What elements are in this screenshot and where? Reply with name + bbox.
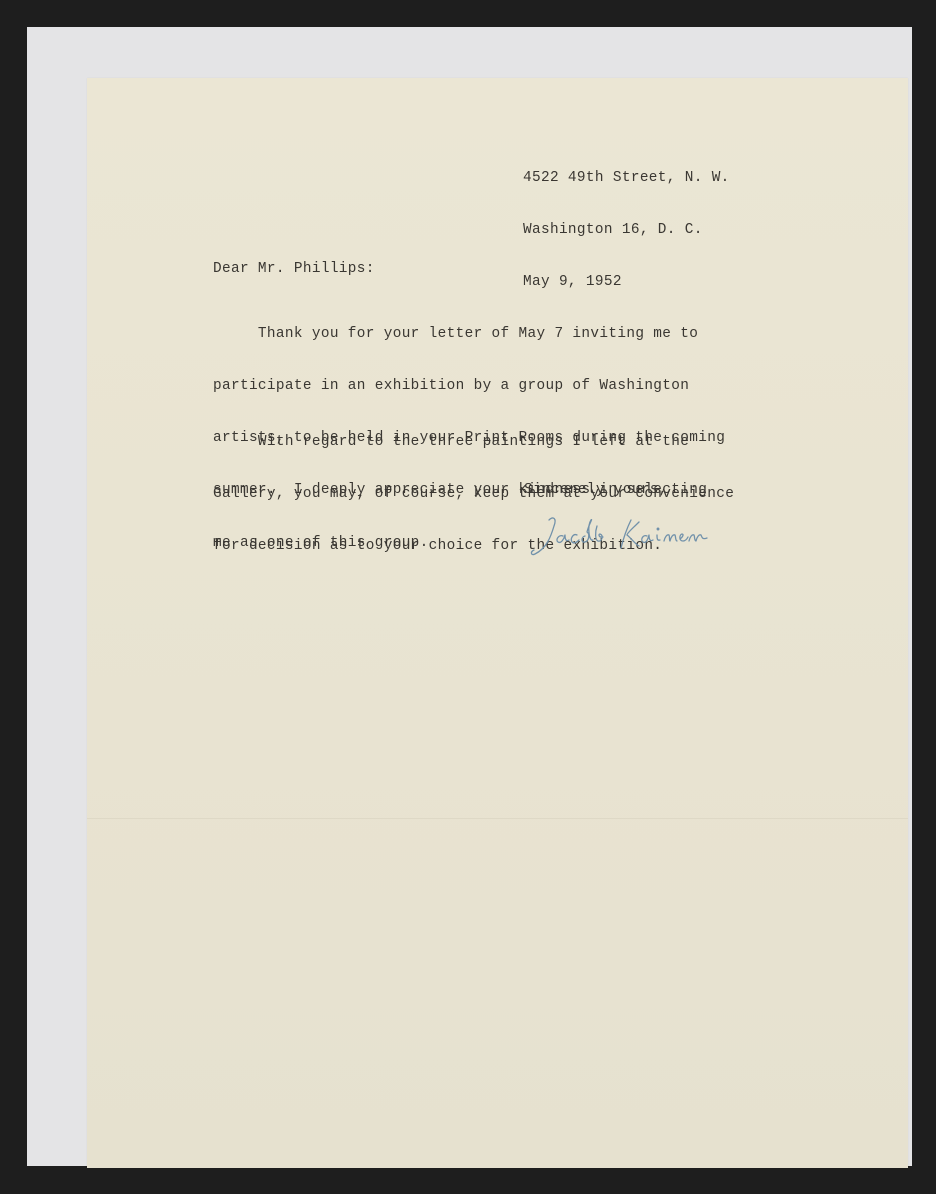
address-street: 4522 49th Street, N. W. — [523, 170, 730, 187]
signature-ink-icon — [527, 506, 767, 566]
letter-page: 4522 49th Street, N. W. Washington 16, D… — [87, 78, 908, 1168]
paragraph-line: With regard to the three paintings I lef… — [213, 434, 734, 451]
salutation: Dear Mr. Phillips: — [213, 261, 375, 278]
letter-date: May 9, 1952 — [523, 274, 730, 291]
paragraph-line: participate in an exhibition by a group … — [213, 378, 725, 395]
paper-fold-line — [87, 818, 908, 819]
paragraph-line: Thank you for your letter of May 7 invit… — [213, 326, 725, 343]
closing: Sincerely yours, — [524, 482, 668, 499]
address-city: Washington 16, D. C. — [523, 222, 730, 239]
handwritten-signature — [527, 506, 767, 566]
photo-mount: 4522 49th Street, N. W. Washington 16, D… — [27, 27, 912, 1166]
